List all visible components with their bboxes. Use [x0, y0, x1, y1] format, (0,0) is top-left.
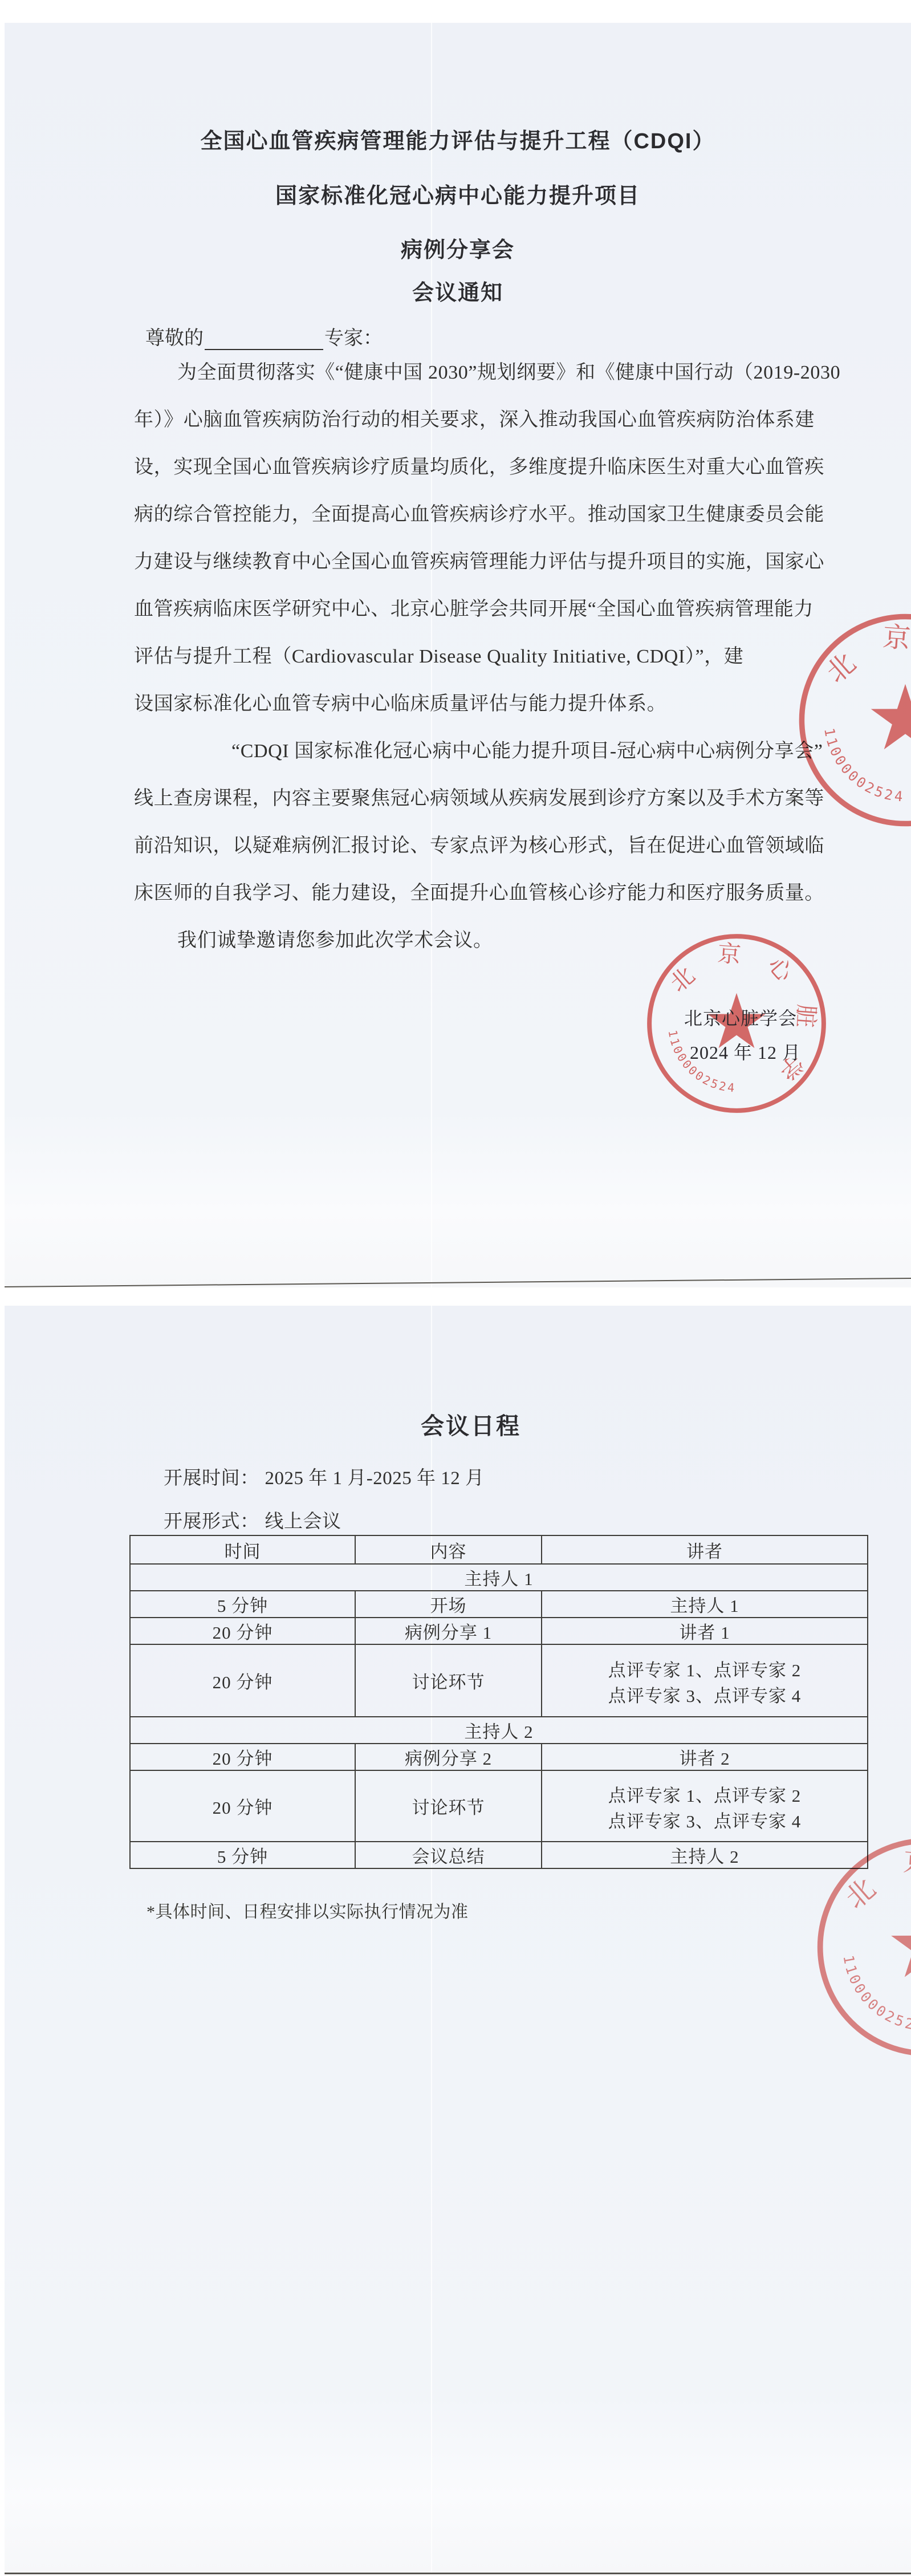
letter-line: 年）》心脑血管疾病防治行动的相关要求，深入推动我国心血管疾病防治体系建 — [134, 404, 807, 432]
agenda-footnote: *具体时间、日程安排以实际执行情况为准 — [147, 1898, 469, 1923]
signature-date: 2024 年 12 月 — [690, 1038, 801, 1064]
cell-content: 开场 — [355, 1591, 542, 1618]
seal-star-icon — [891, 1910, 911, 1977]
notice-page: 全国心血管疾病管理能力评估与提升工程（CDQI） 国家标准化冠心病中心能力提升项… — [5, 23, 911, 1287]
cell-speaker: 点评专家 1、点评专家 2 点评专家 3、点评专家 4 — [542, 1644, 868, 1717]
table-row-discussion: 20 分钟 讨论环节 点评专家 1、点评专家 2 点评专家 3、点评专家 4 — [130, 1644, 868, 1717]
schedule-time: 开展时间：2025 年 1 月-2025 年 12 月 — [164, 1463, 485, 1490]
cell-speaker: 主持人 1 — [542, 1591, 868, 1618]
cell-speaker: 讲者 1 — [542, 1618, 868, 1644]
seal-star-icon — [871, 684, 911, 750]
header-content: 内容 — [355, 1535, 542, 1564]
speaker-line-2: 点评专家 3、点评专家 4 — [542, 1807, 867, 1833]
header-time: 时间 — [130, 1535, 355, 1564]
merged-host-cell: 主持人 2 — [130, 1717, 868, 1744]
table-row-host1: 主持人 1 — [130, 1564, 868, 1591]
speaker-line-2: 点评专家 3、点评专家 4 — [542, 1681, 867, 1707]
cell-content: 会议总结 — [355, 1842, 542, 1868]
letter-line: 设，实现全国心血管疾病诊疗质量均质化，多维度提升临床医生对重大心血管疾 — [134, 451, 807, 479]
letter-line: “CDQI 国家标准化冠心病中心能力提升项目-冠心病中心病例分享会” — [134, 735, 904, 763]
cell-time: 5 分钟 — [130, 1842, 355, 1868]
scan-fold-line — [431, 1306, 432, 2573]
letter-line: 力建设与继续教育中心全国心血管疾病管理能力评估与提升项目的实施，国家心 — [134, 546, 807, 574]
speaker-line-1: 点评专家 1、点评专家 2 — [542, 1656, 867, 1681]
cell-content: 讨论环节 — [355, 1644, 542, 1717]
agenda-table: 时间 内容 讲者 主持人 1 5 分钟 开场 主持人 1 20 分钟 病例分享 … — [129, 1535, 868, 1869]
cell-time: 20 分钟 — [130, 1644, 355, 1717]
page-bottom-edge — [5, 1278, 911, 1287]
table-row: 20 分钟 病例分享 2 讲者 2 — [130, 1744, 868, 1770]
letter-line: 血管疾病临床医学研究中心、北京心脏学会共同开展“全国心血管疾病管理能力 — [134, 593, 807, 621]
page-title-line-1: 全国心血管疾病管理能力评估与提升工程（CDQI） — [5, 123, 911, 155]
page-title-line-2: 国家标准化冠心病中心能力提升项目 — [5, 178, 911, 209]
cell-time: 5 分钟 — [130, 1591, 355, 1618]
speaker-line-1: 点评专家 1、点评专家 2 — [542, 1781, 867, 1807]
letter-line: 评估与提升工程（Cardiovascular Disease Quality I… — [134, 640, 807, 668]
table-header-row: 时间 内容 讲者 — [130, 1535, 868, 1564]
cell-content: 讨论环节 — [355, 1770, 542, 1842]
agenda-page: 会议日程 开展时间：2025 年 1 月-2025 年 12 月 开展形式：线上… — [5, 1306, 911, 2574]
letter-line: 病的综合管控能力，全面提高心血管疾病诊疗水平。推动国家卫生健康委员会能 — [134, 498, 807, 526]
cell-content: 病例分享 1 — [355, 1618, 542, 1644]
schedule-time-label: 开展时间： — [164, 1468, 259, 1489]
table-row: 5 分钟 开场 主持人 1 — [130, 1591, 868, 1618]
letter-line: 线上查房课程，内容主要聚焦冠心病领域从疾病发展到诊疗方案以及手术方案等 — [134, 782, 807, 810]
schedule-form-label: 开展形式： — [164, 1512, 259, 1532]
letter-line: 设国家标准化心血管专病中心临床质量评估与能力提升体系。 — [134, 688, 807, 716]
salutation-suffix: 专家： — [324, 328, 383, 349]
letter-line: 为全面贯彻落实《“健康中国 2030”规划纲要》和《健康中国行动（2019-20… — [134, 356, 850, 384]
cell-speaker: 讲者 2 — [542, 1744, 868, 1770]
schedule-time-value: 2025 年 1 月-2025 年 12 月 — [265, 1468, 485, 1489]
table-row-discussion: 20 分钟 讨论环节 点评专家 1、点评专家 2 点评专家 3、点评专家 4 — [130, 1770, 868, 1842]
cell-content: 病例分享 2 — [355, 1744, 542, 1770]
recipient-name-blank — [205, 330, 323, 350]
table-row-host2: 主持人 2 — [130, 1717, 868, 1744]
signature-org: 北京心脏学会 — [684, 1004, 797, 1030]
cell-time: 20 分钟 — [130, 1770, 355, 1842]
letter-line: 床医师的自我学习、能力建设，全面提升心血管核心诊疗能力和医疗服务质量。 — [134, 877, 807, 905]
org-seal-upper: 北京心脏学会 1100000252405 — [797, 612, 911, 828]
agenda-title: 会议日程 — [5, 1407, 911, 1441]
merged-host-cell: 主持人 1 — [130, 1564, 868, 1591]
page-title-line-3: 病例分享会 — [5, 232, 911, 263]
scanned-document: { "page1": { "title_lines": [ "全国心血管疾病管理… — [0, 0, 911, 2576]
salutation-prefix: 尊敬的 — [145, 328, 204, 349]
page-title-line-4: 会议通知 — [5, 275, 911, 306]
svg-text:1100000252405: 1100000252405 — [815, 1836, 911, 2034]
schedule-form-value: 线上会议 — [265, 1512, 341, 1532]
header-speaker: 讲者 — [542, 1535, 868, 1564]
table-row: 20 分钟 病例分享 1 讲者 1 — [130, 1618, 868, 1644]
letter-line: 前沿知识，以疑难病例汇报讨论、专家点评为核心形式，旨在促进心血管领域临 — [134, 830, 807, 858]
salutation: 尊敬的专家： — [145, 322, 383, 350]
seal-code-arc-text: 1100000252405 — [815, 1836, 911, 2034]
cell-time: 20 分钟 — [130, 1618, 355, 1644]
table-row: 5 分钟 会议总结 主持人 2 — [130, 1842, 868, 1868]
cell-speaker: 点评专家 1、点评专家 2 点评专家 3、点评专家 4 — [542, 1770, 868, 1842]
org-seal-partial: 北京心脏学会 1100000252405 — [815, 1836, 911, 2058]
cell-time: 20 分钟 — [130, 1744, 355, 1770]
schedule-form: 开展形式：线上会议 — [164, 1506, 341, 1533]
